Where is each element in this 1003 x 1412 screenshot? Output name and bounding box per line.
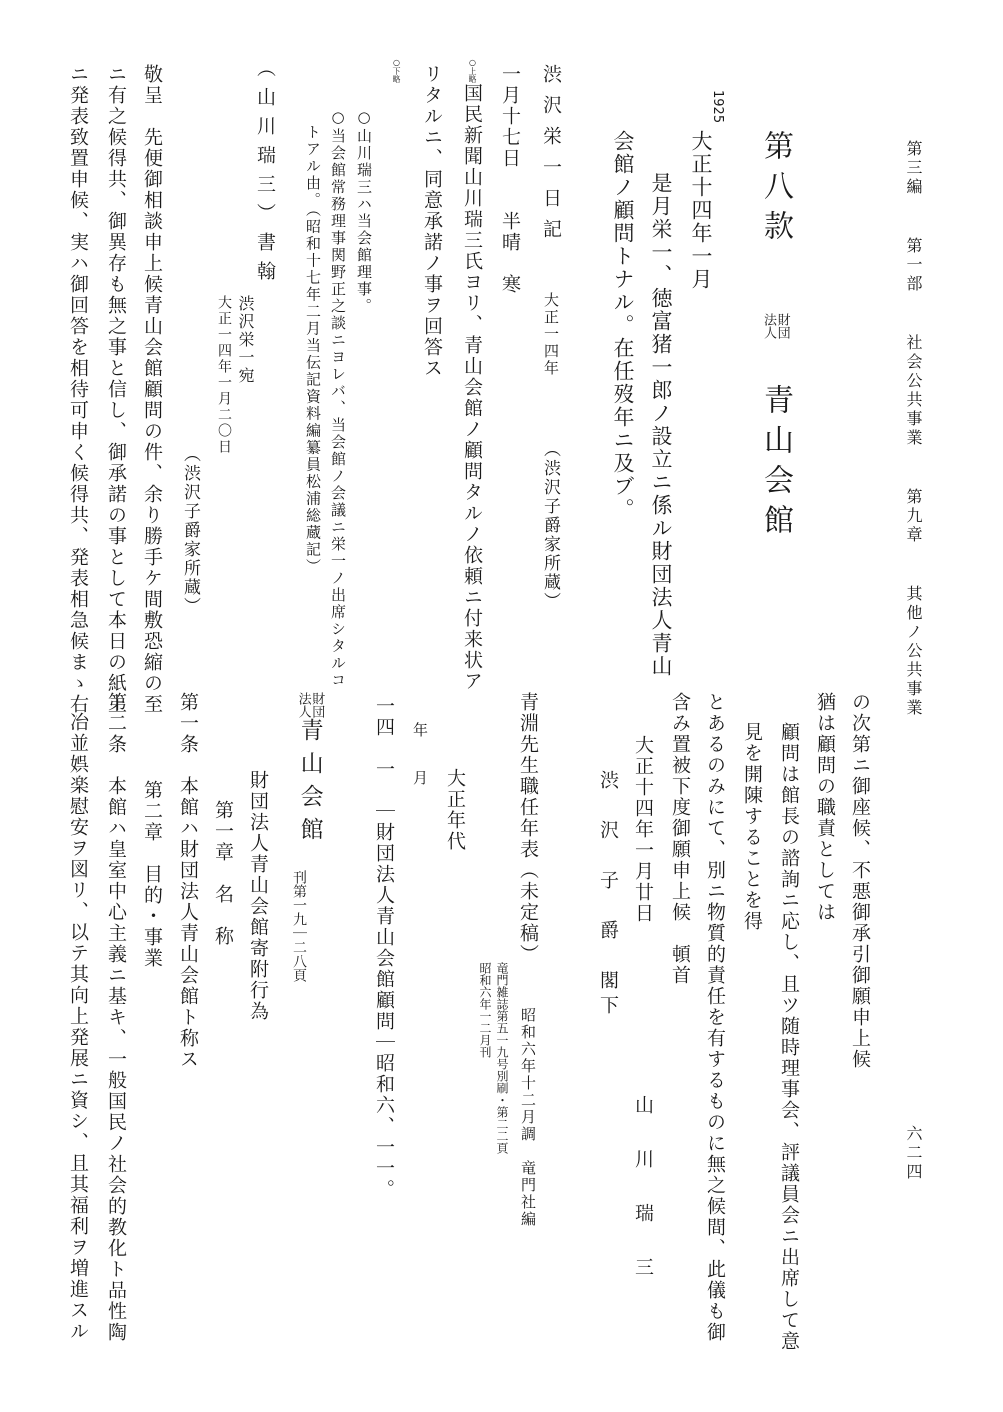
bylaws-chapter-1: 第一章 名 称 (213, 800, 232, 947)
bylaws-article-1: 第一条 本館ハ財団法人青山会館ト称ス (178, 692, 197, 1070)
summary-line-1: 是月栄一、徳富猪一郎ノ設立ニ係ル財団法人青山 (650, 172, 671, 678)
diary-entry-line-1: ○上略国民新聞山川瑞三氏ヨリ、青山会館ノ顧問タルノ依頼ニ付来状ア (462, 58, 481, 692)
chronology-column-month: 月 (412, 770, 427, 787)
bylaws-article-2-line-1: 第二条 本館ハ皇室中心主義ニ基キ、一般国民ノ社会的教化ト品性陶 (106, 692, 125, 1343)
diary-entry-line-2: リタルニ、同意承諾ノ事ヲ回答ス (422, 64, 441, 379)
prefix-top: 財団 (775, 313, 789, 339)
diary-entry-date: 一月十七日 (499, 64, 521, 169)
chronology-column-year: 年 (412, 722, 427, 739)
letter-sender: 山 川 瑞 三 (633, 1095, 652, 1284)
bylaws-page-ref: 刊第一九｜二八頁 (292, 870, 306, 982)
letter-line-1: 敬呈 先便御相談申上候青山会館顧問の件、余り勝手ケ間敷恐縮の至 (142, 64, 161, 715)
diary-note-2-line-1: ○当会館常務理事関野正之談ニヨレバ、当会館ノ会議ニ栄一ノ出席シタルコ (330, 108, 345, 689)
letter-line-5: 猶は顧問の職責としては (815, 692, 834, 923)
chronology-title-line: 青淵先生職任年表（未定稿） 昭和六年十二月調 竜門社編 (518, 692, 537, 1228)
letter-line-2: ニ有之候得共、御異存も無之事と信し、御承諾の事として本日の紙上 (106, 64, 125, 715)
chronology-title: 青淵先生職任年表（未定稿） (517, 692, 539, 965)
page-number: 六二四 (905, 1125, 921, 1182)
letter-line-9: 含み置被下度御願申上候 頓首 (670, 692, 689, 986)
letter-recipient: 渋 沢 子 爵 閣下 (598, 770, 617, 1020)
western-year: 1925 (711, 90, 724, 123)
letter-line-6: 顧問は館長の諮詢ニ応し、且ツ随時理事会、評議員会ニ出席して意 (779, 722, 798, 1352)
omit-bottom-mark: ○下略 (392, 58, 400, 83)
diary-weather: 半晴 寒 (499, 211, 521, 295)
summary-line-2: 会館ノ顧問トナル。在任歿年ニ及ブ。 (612, 130, 633, 521)
bylaws-heading: 財団 法人 青山会館 (296, 692, 323, 850)
diary-note-1: ○山川瑞三ハ当会館理事。 (356, 108, 371, 315)
header-section-title: 社会公共事業 (904, 334, 923, 448)
bylaws-prefix-bottom: 法人 (296, 692, 310, 718)
letter-addressee: 渋沢栄一宛 (237, 295, 253, 385)
diary-entry-text-1: 国民新聞山川瑞三氏ヨリ、青山会館ノ顧問タルノ依頼ニ付来状ア (461, 83, 483, 692)
bylaws-document-title: 財団法人青山会館寄附行為 (248, 770, 267, 1022)
running-header: 第三編 第一部 社会公共事業 第九章 其他ノ公共事業 (905, 140, 921, 718)
prefix-bottom: 法人 (761, 313, 775, 339)
diary-note-2-line-2: トアル由。（昭和十七年二月当伝記資料編纂員松浦総蔵記） (305, 124, 320, 576)
chronology-publication-1: 竜門雑誌第五一九号別刷・第二二頁 (496, 962, 508, 1154)
chronology-compiled: 昭和六年十二月調 竜門社編 (519, 1007, 537, 1228)
letter-line-8: とあるのみにて、別ニ物質的責任を有するものに無之候間、此儀も御 (705, 692, 724, 1343)
letter-date: 大正一四年一月二〇日 (217, 295, 231, 455)
header-chapter-title: 其他ノ公共事業 (904, 585, 923, 718)
letter-closing-date: 大正十四年一月廿日 (633, 735, 652, 924)
header-section: 第一部 (904, 237, 923, 294)
chronology-publication-2: 昭和六年一二月刊 (479, 962, 491, 1058)
section-heading: 第八款 財団 法人 青山会館 (760, 130, 790, 544)
section-number: 第八款 (758, 130, 793, 250)
chronology-entry: 一四 一 ｜財団法人青山会館顧問｜昭和六、一一。 (374, 696, 393, 1200)
heading-prefix: 財団 法人 (761, 313, 788, 339)
header-chapter: 第九章 (904, 488, 923, 545)
diary-title-line: 渋沢栄一日記 大正一四年 (541, 64, 560, 377)
chronology-era: 大正年代 (445, 768, 464, 852)
bylaws-heading-title: 青山会館 (297, 718, 323, 850)
diary-source: （渋沢子爵家所蔵） (541, 440, 558, 611)
bylaws-prefix-top: 財団 (310, 692, 324, 718)
omit-top-mark: ○上略 (468, 58, 477, 83)
diary-year: 大正一四年 (542, 292, 560, 377)
bylaws-article-2-line-2: 冶並娯楽慰安ヲ図リ、以テ其向上発展ニ資シ、且其福利ヲ増進スル (68, 712, 87, 1342)
letter-title: （山川瑞三）書翰 (255, 58, 274, 290)
letter-source: （渋沢子爵家所蔵） (181, 445, 198, 616)
bylaws-chapter-2: 第二章 目的・事業 (142, 780, 161, 969)
section-title: 青山会館 (758, 384, 793, 544)
diary-entry-date-line: 一月十七日 半晴 寒 (500, 64, 519, 295)
bylaws-heading-prefix: 財団 法人 (296, 692, 323, 718)
header-part: 第三編 (904, 140, 923, 197)
letter-line-7: 見を開陳することを得 (742, 722, 761, 932)
letter-line-4: の次第ニ御座候、不悪御承引御願申上候 (850, 692, 869, 1070)
letter-line-3: ニ発表致置申候、実ハ御回答を相待可申く候得共、発表相急候まゝ右 (68, 64, 87, 715)
diary-title: 渋沢栄一日記 (540, 64, 562, 250)
date-heading: 大正十四年一月 (690, 130, 711, 291)
